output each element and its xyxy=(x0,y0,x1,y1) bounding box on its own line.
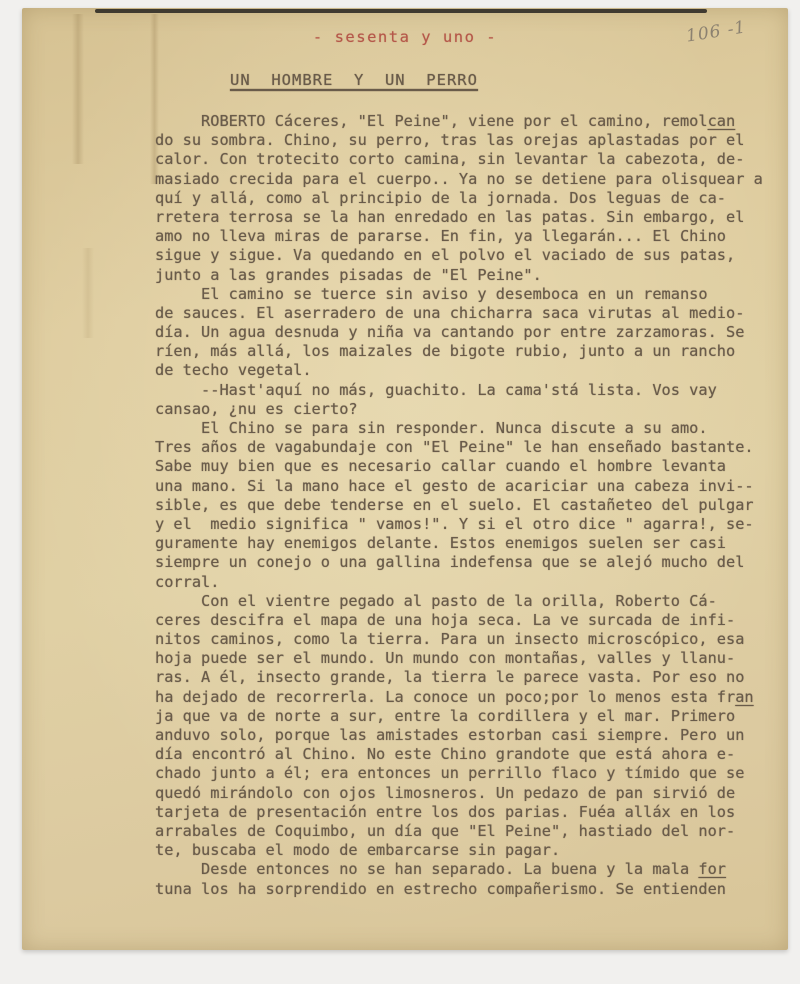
document-title: UN HOMBRE Y UN PERRO xyxy=(230,71,478,89)
text-line: de sauces. El aserradero de una chicharr… xyxy=(155,304,775,323)
text-line: ha dejado de recorrerla. La conoce un po… xyxy=(155,688,775,707)
page-number-header: - sesenta y uno - xyxy=(22,28,788,46)
text-line: te, buscaba el modo de embarcarse sin pa… xyxy=(155,841,775,860)
continuation-underline: an xyxy=(735,688,753,706)
text-line: masiado crecida para el cuerpo.. Ya no s… xyxy=(155,170,775,189)
text-line: sigue y sigue. Va quedando en el polvo e… xyxy=(155,246,775,265)
paragraph: Desde entonces no se han separado. La bu… xyxy=(155,860,775,898)
paragraph: Con el vientre pegado al pasto de la ori… xyxy=(155,592,775,861)
text-line: ja que va de norte a sur, entre la cordi… xyxy=(155,707,775,726)
paragraph: El Chino se para sin responder. Nunca di… xyxy=(155,419,775,592)
text-line: El camino se tuerce sin aviso y desemboc… xyxy=(155,285,775,304)
text-line: Con el vientre pegado al pasto de la ori… xyxy=(155,592,775,611)
continuation-underline: can xyxy=(708,112,736,130)
text-line: tuna los ha sorprendido en estrecho comp… xyxy=(155,880,775,899)
text-line: hoja puede ser el mundo. Un mundo con mo… xyxy=(155,649,775,668)
text-line: una mano. Si la mano hace el gesto de ac… xyxy=(155,477,775,496)
paragraph: El camino se tuerce sin aviso y desemboc… xyxy=(155,285,775,381)
text-line: sible, es que debe tenderse en el suelo.… xyxy=(155,496,775,515)
text-line: nitos caminos, como la tierra. Para un i… xyxy=(155,630,775,649)
text-line: quedó mirándolo con ojos limosneros. Un … xyxy=(155,784,775,803)
text-line: guramente hay enemigos delante. Estos en… xyxy=(155,534,775,553)
text-line: quí y allá, como al principio de la jorn… xyxy=(155,189,775,208)
text-line: siempre un conejo o una gallina indefens… xyxy=(155,553,775,572)
body-text: ROBERTO Cáceres, "El Peine", viene por e… xyxy=(155,112,775,899)
text-line: cansao, ¿nu es cierto? xyxy=(155,400,775,419)
text-line: y el medio significa " vamos!". Y si el … xyxy=(155,515,775,534)
text-line: de techo vegetal. xyxy=(155,361,775,380)
text-line: junto a las grandes pisadas de "El Peine… xyxy=(155,266,775,285)
paragraph: --Hast'aquí no más, guachito. La cama'st… xyxy=(155,381,775,419)
text-line: ras. A él, insecto grande, la tierra le … xyxy=(155,668,775,687)
paper-crease xyxy=(82,248,94,338)
text-line: ROBERTO Cáceres, "El Peine", viene por e… xyxy=(155,112,775,131)
scan-edge-artifact xyxy=(95,9,707,13)
text-line: amo no lleva miras de pararse. En fin, y… xyxy=(155,227,775,246)
text-line: corral. xyxy=(155,573,775,592)
text-line: Desde entonces no se han separado. La bu… xyxy=(155,860,775,879)
paragraph: ROBERTO Cáceres, "El Peine", viene por e… xyxy=(155,112,775,285)
text-line: do su sombra. Chino, su perro, tras las … xyxy=(155,131,775,150)
text-line: --Hast'aquí no más, guachito. La cama'st… xyxy=(155,381,775,400)
text-line: Tres años de vagabundaje con "El Peine" … xyxy=(155,438,775,457)
manuscript-page: - sesenta y uno - 106 -1 UN HOMBRE Y UN … xyxy=(22,8,788,950)
text-line: calor. Con trotecito corto camina, sin l… xyxy=(155,150,775,169)
text-line: ríen, más allá, los maizales de bigote r… xyxy=(155,342,775,361)
continuation-underline: for xyxy=(698,860,726,878)
text-line: chado junto a él; era entonces un perril… xyxy=(155,764,775,783)
text-line: Sabe muy bien que es necesario callar cu… xyxy=(155,457,775,476)
text-line: arrabales de Coquimbo, un día que "El Pe… xyxy=(155,822,775,841)
text-line: tarjeta de presentación entre los dos pa… xyxy=(155,803,775,822)
text-line: rretera terrosa se la han enredado en la… xyxy=(155,208,775,227)
text-line: anduvo solo, porque las amistades estorb… xyxy=(155,726,775,745)
text-line: ceres descifra el mapa de una hoja seca.… xyxy=(155,611,775,630)
text-line: El Chino se para sin responder. Nunca di… xyxy=(155,419,775,438)
text-line: día encontró al Chino. No este Chino gra… xyxy=(155,745,775,764)
text-line: día. Un agua desnuda y niña va cantando … xyxy=(155,323,775,342)
